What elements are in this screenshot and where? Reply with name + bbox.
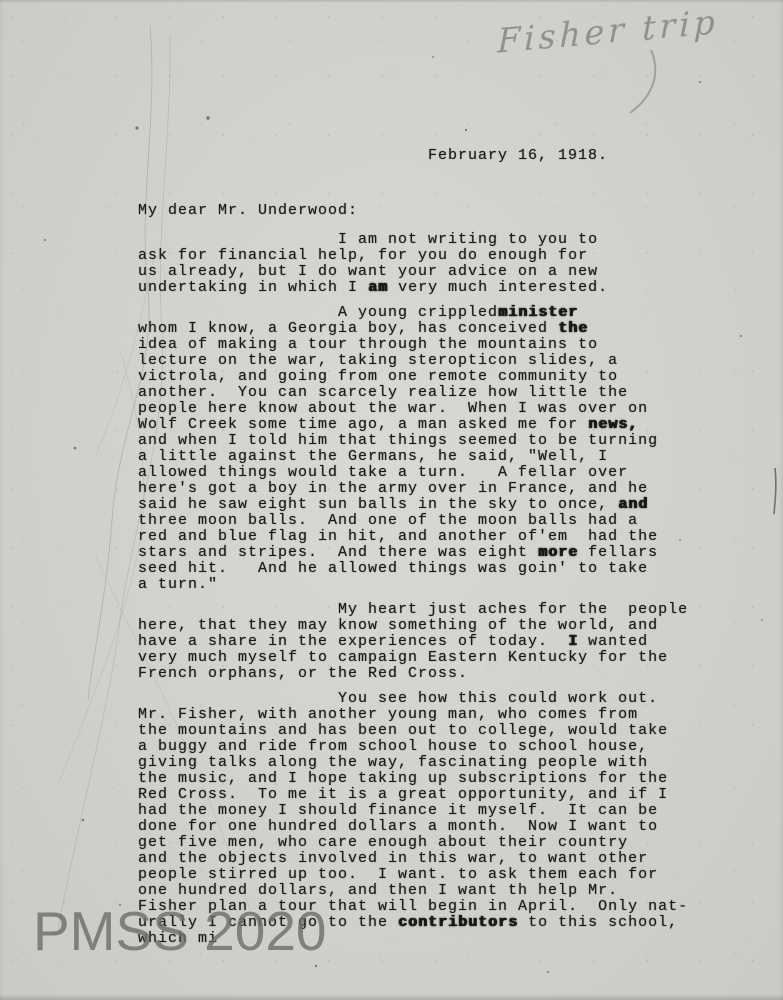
handwritten-annotation: Fisher trip <box>497 2 719 61</box>
typed-text: the mountains and has been out to colleg… <box>138 722 668 739</box>
overstruck-text: am <box>368 279 388 296</box>
edge-mark <box>774 468 776 514</box>
typed-text: giving talks along the way, fascinating … <box>138 754 648 771</box>
typed-line: A young crippledminister <box>138 305 748 321</box>
typed-line: Wolf Creek some time ago, a man asked me… <box>138 417 748 433</box>
typed-line: people here know about the war. When I w… <box>138 401 748 417</box>
typed-line: us already, but I do want your advice on… <box>138 264 748 280</box>
scanned-letter-page: Fisher trip February 16, 1918. My dear M… <box>0 0 783 1000</box>
typed-text: here's got a boy in the army over in Fra… <box>138 480 648 497</box>
typed-text: A young crippled <box>138 304 498 321</box>
typed-line: My heart just aches for the people <box>138 602 748 618</box>
typed-text: red and blue flag in hit, and another of… <box>138 528 658 545</box>
overstruck-text: and <box>618 496 648 513</box>
typed-text: allowed things would take a turn. A fell… <box>138 464 628 481</box>
typed-text: three moon balls. And one of the moon ba… <box>138 512 638 529</box>
typed-line: lecture on the war, taking steropticon s… <box>138 353 748 369</box>
typed-text: people stirred up too. I want. to ask th… <box>138 866 658 883</box>
typed-line: one hundred dollars, and then I want th … <box>138 883 748 899</box>
typed-line: very much myself to campaign Eastern Ken… <box>138 650 748 666</box>
typed-text: and the objects involved in this war, to… <box>138 850 648 867</box>
typed-line: a buggy and ride from school house to sc… <box>138 739 748 755</box>
typed-text: I am not writing to you to <box>138 231 598 248</box>
typed-text: My heart just aches for the people <box>138 601 688 618</box>
typed-text: French orphans, or the Red Cross. <box>138 665 468 682</box>
typed-line: here, that they may know something of th… <box>138 618 748 634</box>
typed-line: a turn." <box>138 577 748 593</box>
typed-text: another. You can scarcely realize how li… <box>138 384 628 401</box>
typed-line: ask for financial help, for you do enoug… <box>138 248 748 264</box>
typed-text: and when I told him that things seemed t… <box>138 432 658 449</box>
typed-line: You see how this could work out. <box>138 691 748 707</box>
typed-line: and when I told him that things seemed t… <box>138 433 748 449</box>
typed-text: whom I know, a Georgia boy, has conceive… <box>138 320 558 337</box>
typed-text: very much myself to campaign Eastern Ken… <box>138 649 668 666</box>
typed-line: have a share in the experiences of today… <box>138 634 748 650</box>
overstruck-text: more <box>538 544 578 561</box>
typed-text: very much interested. <box>388 279 608 296</box>
typed-text: Wolf Creek some time ago, a man asked me… <box>138 416 588 433</box>
typed-text: undertaking in which I <box>138 279 368 296</box>
typed-line: here's got a boy in the army over in Fra… <box>138 481 748 497</box>
typed-text: lecture on the war, taking steropticon s… <box>138 352 618 369</box>
typed-line: Mr. Fisher, with another young man, who … <box>138 707 748 723</box>
typed-text: seed hit. And he allowed things was goin… <box>138 560 648 577</box>
overstruck-text: minister <box>498 304 578 321</box>
typed-line: seed hit. And he allowed things was goin… <box>138 561 748 577</box>
handwriting-tail <box>630 50 655 113</box>
typed-text: a little against the Germans, he said, "… <box>138 448 608 465</box>
typed-line: red and blue flag in hit, and another of… <box>138 529 748 545</box>
overstruck-text: I <box>568 633 578 650</box>
typed-line: people stirred up too. I want. to ask th… <box>138 867 748 883</box>
watermark-text: PMSS 2020 <box>33 899 327 963</box>
typed-line: and the objects involved in this war, to… <box>138 851 748 867</box>
typed-text: a turn." <box>138 576 218 593</box>
overstruck-text: news, <box>588 416 638 433</box>
typed-text: to this school, <box>518 914 678 931</box>
paragraph: A young crippledministerwhom I know, a G… <box>138 305 748 593</box>
typed-line: I am not writing to you to <box>138 232 748 248</box>
letter-body: I am not writing to you toask for financ… <box>138 232 748 947</box>
typed-text: idea of making a tour through the mounta… <box>138 336 598 353</box>
typed-text: get five men, who care enough about thei… <box>138 834 628 851</box>
typed-text: here, that they may know something of th… <box>138 617 658 634</box>
typed-text: stars and stripes. And there was eight <box>138 544 538 561</box>
scratch-line <box>60 350 144 780</box>
typed-line: idea of making a tour through the mounta… <box>138 337 748 353</box>
typed-text: people here know about the war. When I w… <box>138 400 648 417</box>
typed-line: whom I know, a Georgia boy, has conceive… <box>138 321 748 337</box>
typed-line: the music, and I hope taking up subscrip… <box>138 771 748 787</box>
typed-text: Red Cross. To me it is a great opportuni… <box>138 786 668 803</box>
typed-line: Red Cross. To me it is a great opportuni… <box>138 787 748 803</box>
typed-text: victrola, and going from one remote comm… <box>138 368 618 385</box>
typed-text: had the money I should finance it myself… <box>138 802 658 819</box>
typed-text: us already, but I do want your advice on… <box>138 263 598 280</box>
typed-text: the music, and I hope taking up subscrip… <box>138 770 668 787</box>
typed-text: You see how this could work out. <box>138 690 658 707</box>
typed-text: wanted <box>578 633 648 650</box>
typed-line: done for one hundred dollars a month. No… <box>138 819 748 835</box>
typed-line: victrola, and going from one remote comm… <box>138 369 748 385</box>
typed-text: one hundred dollars, and then I want th … <box>138 882 618 899</box>
letter-date: February 16, 1918. <box>428 148 748 164</box>
typed-line: another. You can scarcely realize how li… <box>138 385 748 401</box>
typed-line: French orphans, or the Red Cross. <box>138 666 748 682</box>
typed-line: allowed things would take a turn. A fell… <box>138 465 748 481</box>
typed-line: a little against the Germans, he said, "… <box>138 449 748 465</box>
letter-salutation: My dear Mr. Underwood: <box>138 203 748 219</box>
typed-line: said he saw eight sun balls in the sky t… <box>138 497 748 513</box>
typed-text: have a share in the experiences of today… <box>138 633 568 650</box>
typed-text: Mr. Fisher, with another young man, who … <box>138 706 638 723</box>
typed-line: had the money I should finance it myself… <box>138 803 748 819</box>
typed-text: fellars <box>578 544 658 561</box>
typed-line: the mountains and has been out to colleg… <box>138 723 748 739</box>
letter-content: February 16, 1918. My dear Mr. Underwood… <box>138 148 748 956</box>
typed-text: said he saw eight sun balls in the sky t… <box>138 496 618 513</box>
paragraph: My heart just aches for the peoplehere, … <box>138 602 748 682</box>
typed-line: undertaking in which I am very much inte… <box>138 280 748 296</box>
typed-line: get five men, who care enough about thei… <box>138 835 748 851</box>
typed-line: giving talks along the way, fascinating … <box>138 755 748 771</box>
paragraph: I am not writing to you toask for financ… <box>138 232 748 296</box>
overstruck-text: contributors <box>398 914 518 931</box>
typed-text: done for one hundred dollars a month. No… <box>138 818 658 835</box>
overstruck-text: the <box>558 320 588 337</box>
typed-text: a buggy and ride from school house to sc… <box>138 738 648 755</box>
typed-line: stars and stripes. And there was eight m… <box>138 545 748 561</box>
typed-text: ask for financial help, for you do enoug… <box>138 247 588 264</box>
typed-line: three moon balls. And one of the moon ba… <box>138 513 748 529</box>
